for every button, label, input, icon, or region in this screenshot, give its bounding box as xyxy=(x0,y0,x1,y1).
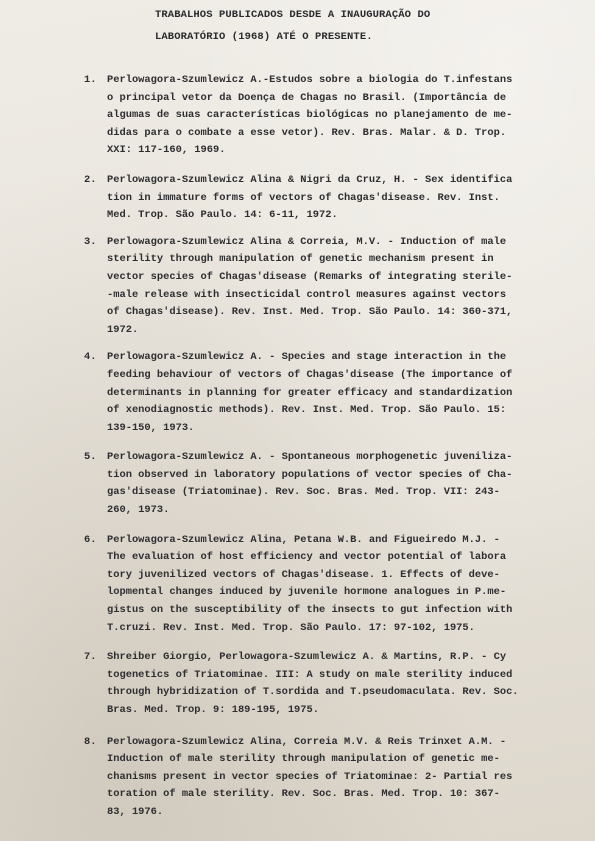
publication-list: 1.Perlowagora-Szumlewicz A.-Estudos sobr… xyxy=(84,72,584,822)
entry-line: chanisms present in vector species of Tr… xyxy=(107,769,584,787)
entry-line: of xenodiagnostic methods). Rev. Inst. M… xyxy=(107,402,584,420)
entry-line: Perlowagora-Szumlewicz Alina & Nigri da … xyxy=(107,172,584,190)
entry-line: feeding behaviour of vectors of Chagas'd… xyxy=(107,367,584,385)
entry-line: -male release with insecticidal control … xyxy=(107,287,584,305)
entry-number: 2. xyxy=(84,172,96,190)
entry-line: 1972. xyxy=(107,322,584,340)
title-line-2: LABORATÓRIO (1968) ATÉ O PRESENTE. xyxy=(155,26,430,48)
entry-line: togenetics of Triatominae. III: A study … xyxy=(107,667,584,685)
publication-entry: 3.Perlowagora-Szumlewicz Alina & Correia… xyxy=(84,234,584,340)
entry-number: 4. xyxy=(84,349,96,367)
entry-line: XXI: 117-160, 1969. xyxy=(107,142,584,160)
entry-number: 7. xyxy=(84,649,96,667)
entry-line: tory juvenilized vectors of Chagas'disea… xyxy=(107,567,584,585)
entry-line: vector species of Chagas'disease (Remark… xyxy=(107,269,584,287)
typewritten-page: TRABALHOS PUBLICADOS DESDE A INAUGURAÇÃO… xyxy=(0,0,595,841)
entry-line: T.cruzi. Rev. Inst. Med. Trop. São Paulo… xyxy=(107,620,584,638)
entry-number: 1. xyxy=(84,72,96,90)
entry-line: determinants in planning for greater eff… xyxy=(107,385,584,403)
entry-line: algumas de suas características biológic… xyxy=(107,107,584,125)
publication-entry: 5.Perlowagora-Szumlewicz A. - Spontaneou… xyxy=(84,449,584,519)
title-line-1: TRABALHOS PUBLICADOS DESDE A INAUGURAÇÃO… xyxy=(155,4,430,26)
entry-number: 3. xyxy=(84,234,96,252)
entry-line: Induction of male sterility through mani… xyxy=(107,751,584,769)
entry-line: gistus on the susceptibility of the inse… xyxy=(107,602,584,620)
entry-line: of Chagas'disease). Rev. Inst. Med. Trop… xyxy=(107,304,584,322)
entry-line: Perlowagora-Szumlewicz A. - Species and … xyxy=(107,349,584,367)
publication-entry: 6.Perlowagora-Szumlewicz Alina, Petana W… xyxy=(84,532,584,638)
entry-line: 260, 1973. xyxy=(107,502,584,520)
publication-entry: 2.Perlowagora-Szumlewicz Alina & Nigri d… xyxy=(84,172,584,225)
entry-number: 6. xyxy=(84,532,96,550)
entry-line: Perlowagora-Szumlewicz Alina, Petana W.B… xyxy=(107,532,584,550)
entry-line: gas'disease (Triatominae). Rev. Soc. Bra… xyxy=(107,484,584,502)
publication-entry: 4.Perlowagora-Szumlewicz A. - Species an… xyxy=(84,349,584,437)
entry-line: toration of male sterility. Rev. Soc. Br… xyxy=(107,786,584,804)
publication-entry: 8.Perlowagora-Szumlewicz Alina, Correia … xyxy=(84,734,584,822)
entry-line: Perlowagora-Szumlewicz Alina & Correia, … xyxy=(107,234,584,252)
entry-line: Med. Trop. São Paulo. 14: 6-11, 1972. xyxy=(107,207,584,225)
entry-line: didas para o combate a esse vetor). Rev.… xyxy=(107,125,584,143)
entry-line: o principal vetor da Doença de Chagas no… xyxy=(107,90,584,108)
entry-line: lopmental changes induced by juvenile ho… xyxy=(107,584,584,602)
entry-line: Shreiber Giorgio, Perlowagora-Szumlewicz… xyxy=(107,649,584,667)
entry-line: Perlowagora-Szumlewicz Alina, Correia M.… xyxy=(107,734,584,752)
entry-number: 8. xyxy=(84,734,96,752)
page-title: TRABALHOS PUBLICADOS DESDE A INAUGURAÇÃO… xyxy=(155,4,430,48)
entry-line: tion in immature forms of vectors of Cha… xyxy=(107,190,584,208)
entry-line: 139-150, 1973. xyxy=(107,420,584,438)
entry-line: 83, 1976. xyxy=(107,804,584,822)
publication-entry: 7.Shreiber Giorgio, Perlowagora-Szumlewi… xyxy=(84,649,584,719)
publication-entry: 1.Perlowagora-Szumlewicz A.-Estudos sobr… xyxy=(84,72,584,160)
entry-line: sterility through manipulation of geneti… xyxy=(107,251,584,269)
entry-line: tion observed in laboratory populations … xyxy=(107,467,584,485)
entry-line: Bras. Med. Trop. 9: 189-195, 1975. xyxy=(107,702,584,720)
entry-line: The evaluation of host efficiency and ve… xyxy=(107,549,584,567)
entry-number: 5. xyxy=(84,449,96,467)
entry-line: Perlowagora-Szumlewicz A.-Estudos sobre … xyxy=(107,72,584,90)
entry-line: Perlowagora-Szumlewicz A. - Spontaneous … xyxy=(107,449,584,467)
entry-line: through hybridization of T.sordida and T… xyxy=(107,684,584,702)
